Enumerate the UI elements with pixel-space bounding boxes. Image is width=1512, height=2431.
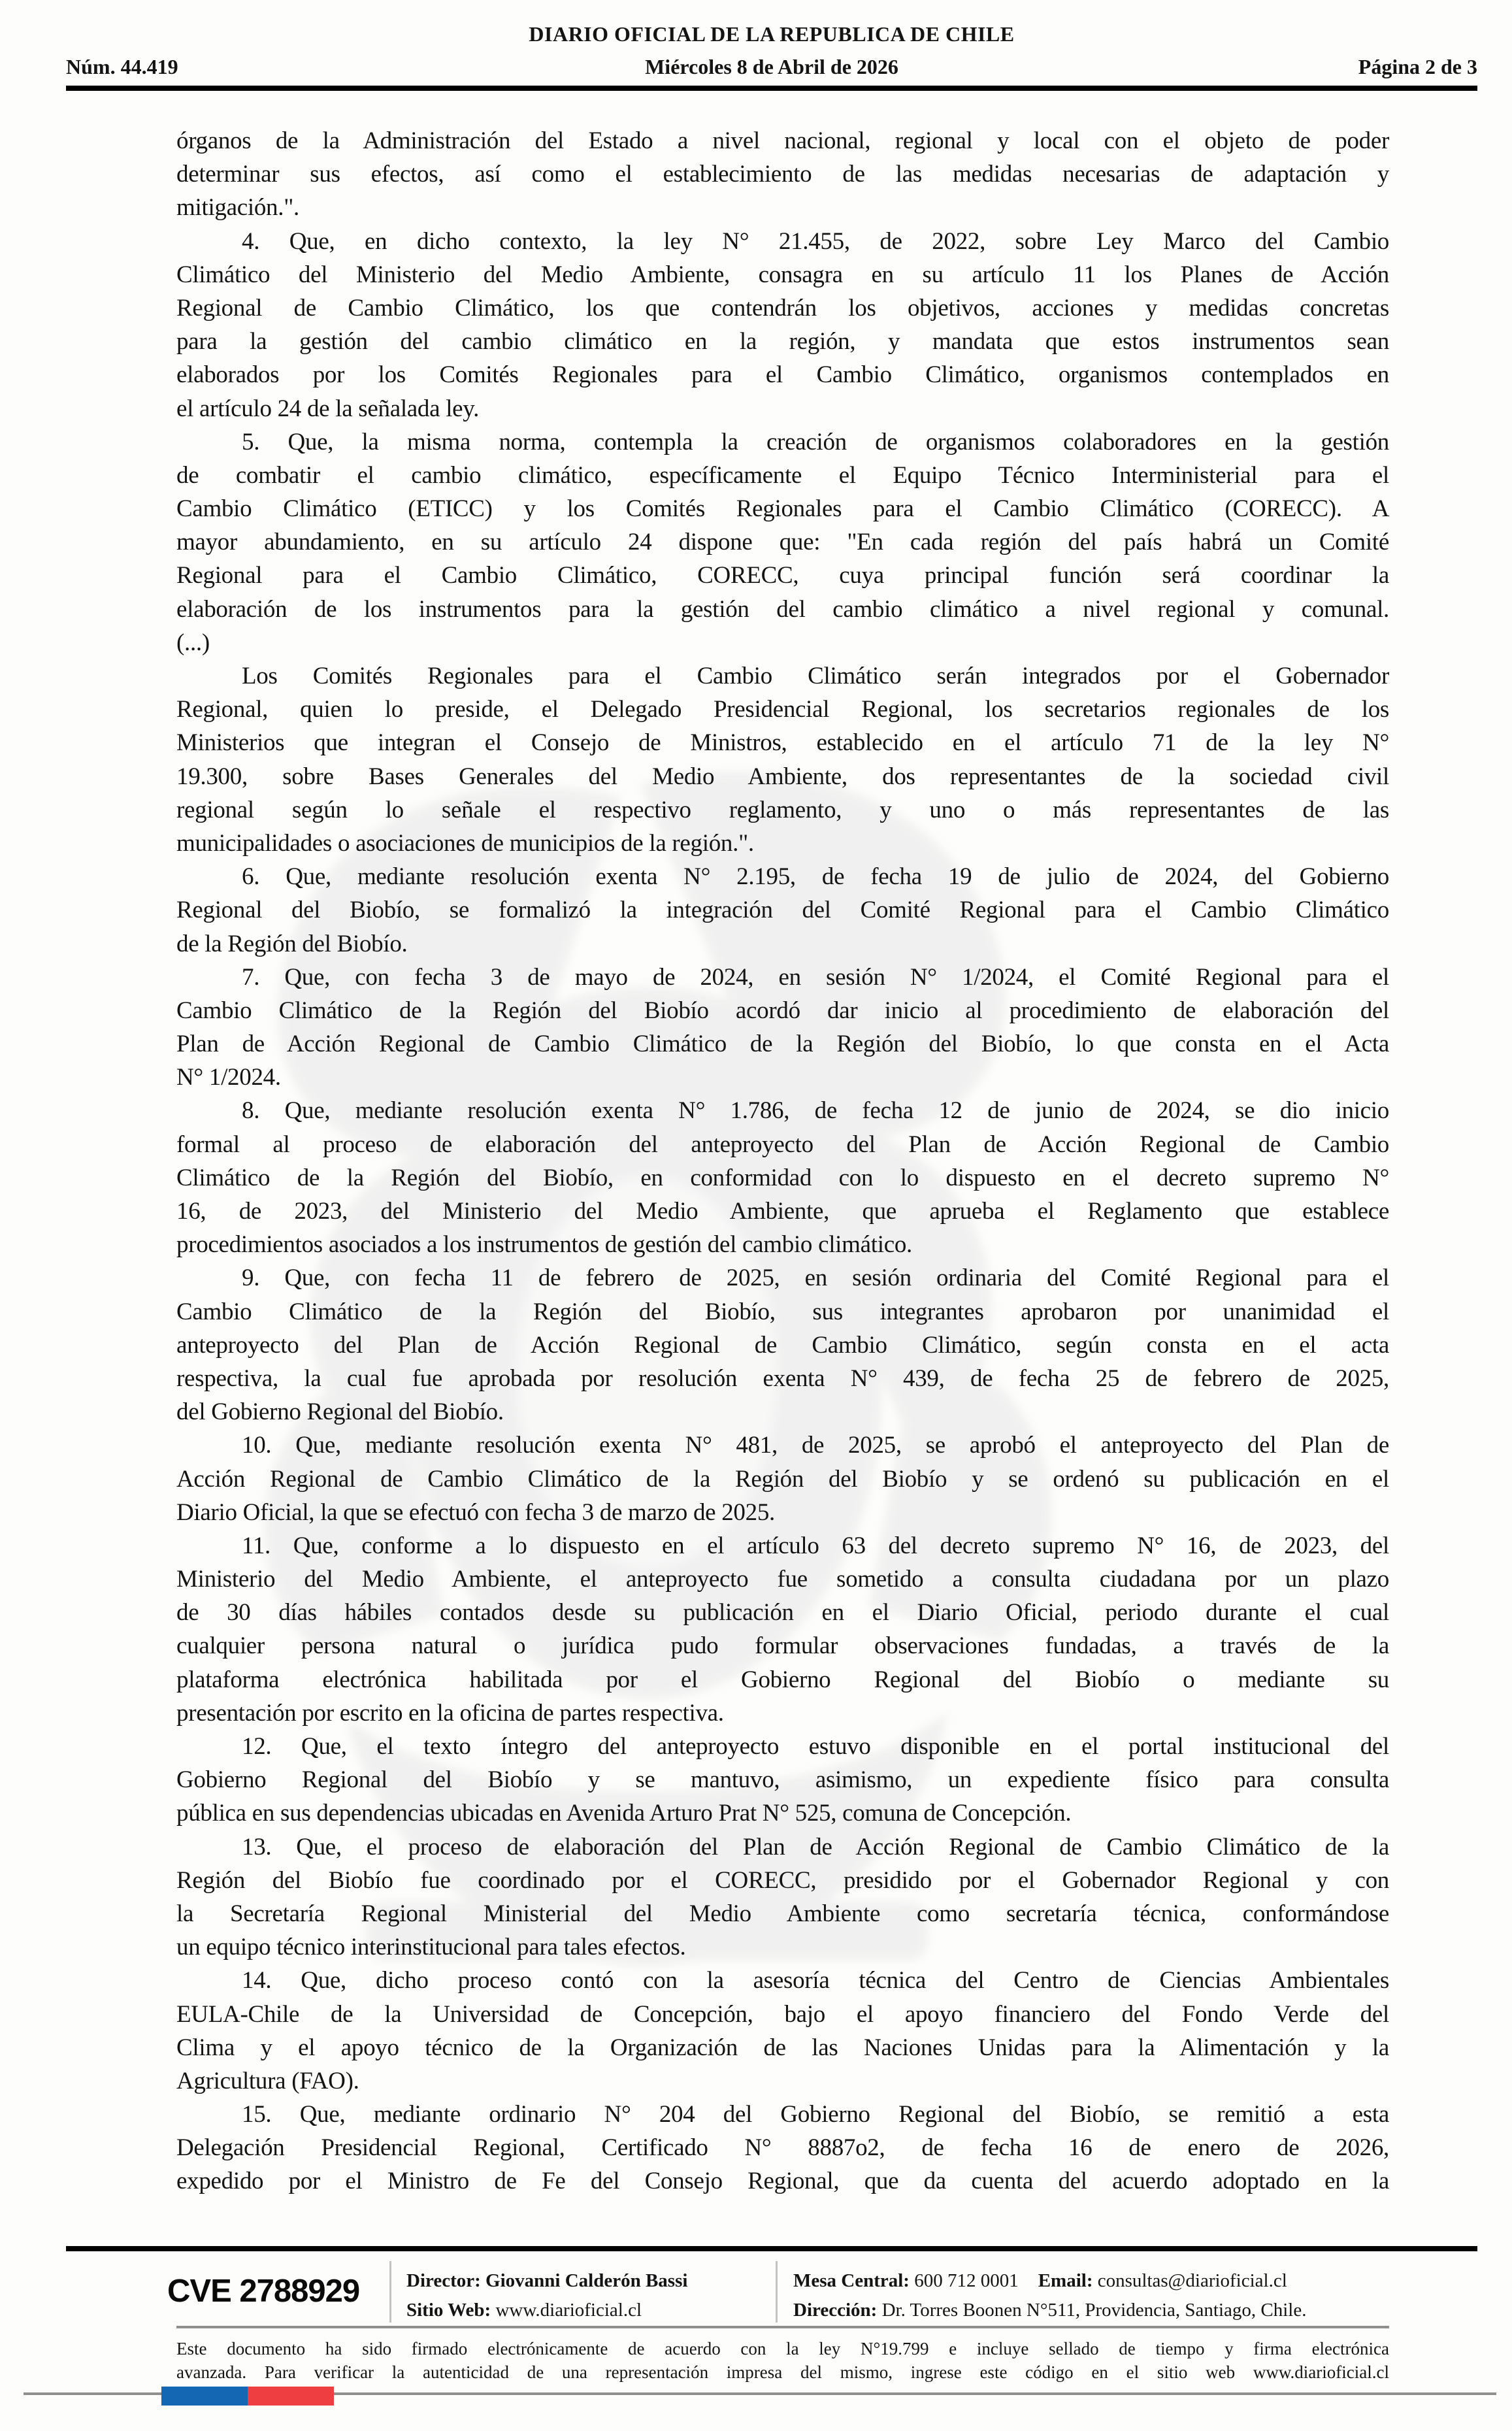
body-line: el artículo 24 de la señalada ley.: [176, 392, 1389, 425]
footer-rule: [66, 2246, 1477, 2251]
body-line: mayor abundamiento, en su artículo 24 di…: [176, 525, 1389, 559]
body-line: Región del Biobío fue coordinado por el …: [176, 1864, 1389, 1897]
flag-red: [248, 2387, 334, 2406]
body-line: Cambio Climático (ETICC) y los Comités R…: [176, 492, 1389, 525]
body-line: 8. Que, mediante resolución exenta N° 1.…: [176, 1094, 1389, 1127]
body-line: Regional, quien lo preside, el Delegado …: [176, 693, 1389, 726]
body-line: Regional para el Cambio Climático, COREC…: [176, 559, 1389, 592]
body-line: Los Comités Regionales para el Cambio Cl…: [176, 659, 1389, 693]
body-line: del Gobierno Regional del Biobío.: [176, 1395, 1389, 1429]
director-line: Director: Giovanni Calderón Bassi: [406, 2266, 687, 2296]
body-line: órganos de la Administración del Estado …: [176, 124, 1389, 157]
body-line: 16, de 2023, del Ministerio del Medio Am…: [176, 1195, 1389, 1228]
body-line: 19.300, sobre Bases Generales del Medio …: [176, 760, 1389, 793]
body-line: Climático del Ministerio del Medio Ambie…: [176, 258, 1389, 291]
body-line: 15. Que, mediante ordinario N° 204 del G…: [176, 2098, 1389, 2131]
body-line: elaborados por los Comités Regionales pa…: [176, 358, 1389, 391]
header-date: Miércoles 8 de Abril de 2026: [66, 55, 1477, 79]
body-line: N° 1/2024.: [176, 1061, 1389, 1094]
body-line: 9. Que, con fecha 11 de febrero de 2025,…: [176, 1261, 1389, 1295]
body-line: procedimientos asociados a los instrumen…: [176, 1228, 1389, 1261]
body-line: para la gestión del cambio climático en …: [176, 325, 1389, 358]
page: DIARIO OFICIAL DE LA REPUBLICA DE CHILE …: [0, 0, 1512, 2431]
body-line: municipalidades o asociaciones de munici…: [176, 827, 1389, 860]
body-line: plataforma electrónica habilitada por el…: [176, 1663, 1389, 1696]
body-line: la Secretaría Regional Ministerial del M…: [176, 1897, 1389, 1930]
footer-director-block: Director: Giovanni Calderón Bassi Sitio …: [406, 2266, 687, 2325]
footer-divider-1: [389, 2261, 391, 2323]
body-line: un equipo técnico interinstitucional par…: [176, 1930, 1389, 1964]
body-line: elaboración de los instrumentos para la …: [176, 593, 1389, 626]
body-line: 5. Que, la misma norma, contempla la cre…: [176, 425, 1389, 459]
body-line: Ministerio del Medio Ambiente, el antepr…: [176, 1563, 1389, 1596]
director-name: Giovanni Calderón Bassi: [485, 2270, 687, 2291]
address-line: Dirección: Dr. Torres Boonen N°511, Prov…: [793, 2296, 1306, 2325]
body-line: Plan de Acción Regional de Cambio Climát…: [176, 1027, 1389, 1061]
legal-line-1: Este documento ha sido firmado electróni…: [176, 2337, 1389, 2360]
legal-line-2: avanzada. Para verificar la autenticidad…: [176, 2360, 1389, 2384]
body-line: determinar sus efectos, así como el esta…: [176, 157, 1389, 191]
body-line: 7. Que, con fecha 3 de mayo de 2024, en …: [176, 961, 1389, 994]
body-line: 12. Que, el texto íntegro del anteproyec…: [176, 1730, 1389, 1763]
legal-divider-top: [176, 2326, 1389, 2328]
website-url: www.diarioficial.cl: [495, 2300, 642, 2321]
body-line: 11. Que, conforme a lo dispuesto en el a…: [176, 1529, 1389, 1563]
phone-label: Mesa Central:: [793, 2270, 910, 2291]
address-label: Dirección:: [793, 2300, 877, 2321]
masthead-title: DIARIO OFICIAL DE LA REPUBLICA DE CHILE: [66, 22, 1477, 46]
body-line: pública en sus dependencias ubicadas en …: [176, 1796, 1389, 1830]
website-label: Sitio Web:: [406, 2300, 491, 2321]
body-line: EULA-Chile de la Universidad de Concepci…: [176, 1998, 1389, 2031]
body-line: Cambio Climático de la Región del Biobío…: [176, 994, 1389, 1027]
header-rule: [66, 86, 1477, 91]
body-line: respectiva, la cual fue aprobada por res…: [176, 1362, 1389, 1395]
website-line: Sitio Web: www.diarioficial.cl: [406, 2296, 687, 2325]
body-line: Agricultura (FAO).: [176, 2064, 1389, 2098]
body-line: Acción Regional de Cambio Climático de l…: [176, 1463, 1389, 1496]
body-line: 4. Que, en dicho contexto, la ley N° 21.…: [176, 225, 1389, 258]
body-line: Regional del Biobío, se formalizó la int…: [176, 893, 1389, 927]
email-label: Email:: [1038, 2270, 1093, 2291]
page-indicator: Página 2 de 3: [1358, 55, 1477, 79]
body-line: de 30 días hábiles contados desde su pub…: [176, 1596, 1389, 1629]
flag-blue: [161, 2387, 248, 2406]
body-line: de combatir el cambio climático, específ…: [176, 459, 1389, 492]
legal-notice: Este documento ha sido firmado electróni…: [176, 2337, 1389, 2384]
body-line: 6. Que, mediante resolución exenta N° 2.…: [176, 860, 1389, 893]
body-line: mitigación.".: [176, 191, 1389, 224]
body-line: expedido por el Ministro de Fe del Conse…: [176, 2164, 1389, 2198]
body-line: Ministerios que integran el Consejo de M…: [176, 726, 1389, 759]
body-line: Cambio Climático de la Región del Biobío…: [176, 1295, 1389, 1329]
body-line: Clima y el apoyo técnico de la Organizac…: [176, 2031, 1389, 2064]
chile-flag-mark: [161, 2387, 334, 2406]
body-line: Climático de la Región del Biobío, en co…: [176, 1161, 1389, 1195]
body-line: Delegación Presidencial Regional, Certif…: [176, 2131, 1389, 2164]
body-line: cualquier persona natural o jurídica pud…: [176, 1629, 1389, 1662]
phone-number: 600 712 0001: [914, 2270, 1019, 2291]
body-line: anteproyecto del Plan de Acción Regional…: [176, 1329, 1389, 1362]
email-address: consultas@diarioficial.cl: [1098, 2270, 1287, 2291]
body-line: Gobierno Regional del Biobío y se mantuv…: [176, 1763, 1389, 1796]
body-line: presentación por escrito en la oficina d…: [176, 1696, 1389, 1730]
body-line: formal al proceso de elaboración del ant…: [176, 1128, 1389, 1161]
phone-email-line: Mesa Central: 600 712 0001Email: consult…: [793, 2266, 1306, 2296]
body-line: de la Región del Biobío.: [176, 927, 1389, 961]
body-line: 13. Que, el proceso de elaboración del P…: [176, 1830, 1389, 1864]
address-value: Dr. Torres Boonen N°511, Providencia, Sa…: [882, 2300, 1307, 2321]
body-line: Regional de Cambio Climático, los que co…: [176, 291, 1389, 325]
cve-code: CVE 2788929: [167, 2273, 359, 2309]
body-line: Diario Oficial, la que se efectuó con fe…: [176, 1496, 1389, 1529]
body-line: regional según lo señale el respectivo r…: [176, 793, 1389, 827]
body-line: 14. Que, dicho proceso contó con la ases…: [176, 1964, 1389, 1997]
director-label: Director:: [406, 2270, 481, 2291]
footer-divider-2: [776, 2261, 778, 2323]
body-line: 10. Que, mediante resolución exenta N° 4…: [176, 1429, 1389, 1462]
document-body: órganos de la Administración del Estado …: [176, 124, 1389, 2198]
footer-contact-block: Mesa Central: 600 712 0001Email: consult…: [793, 2266, 1306, 2325]
body-line: (...): [176, 626, 1389, 659]
